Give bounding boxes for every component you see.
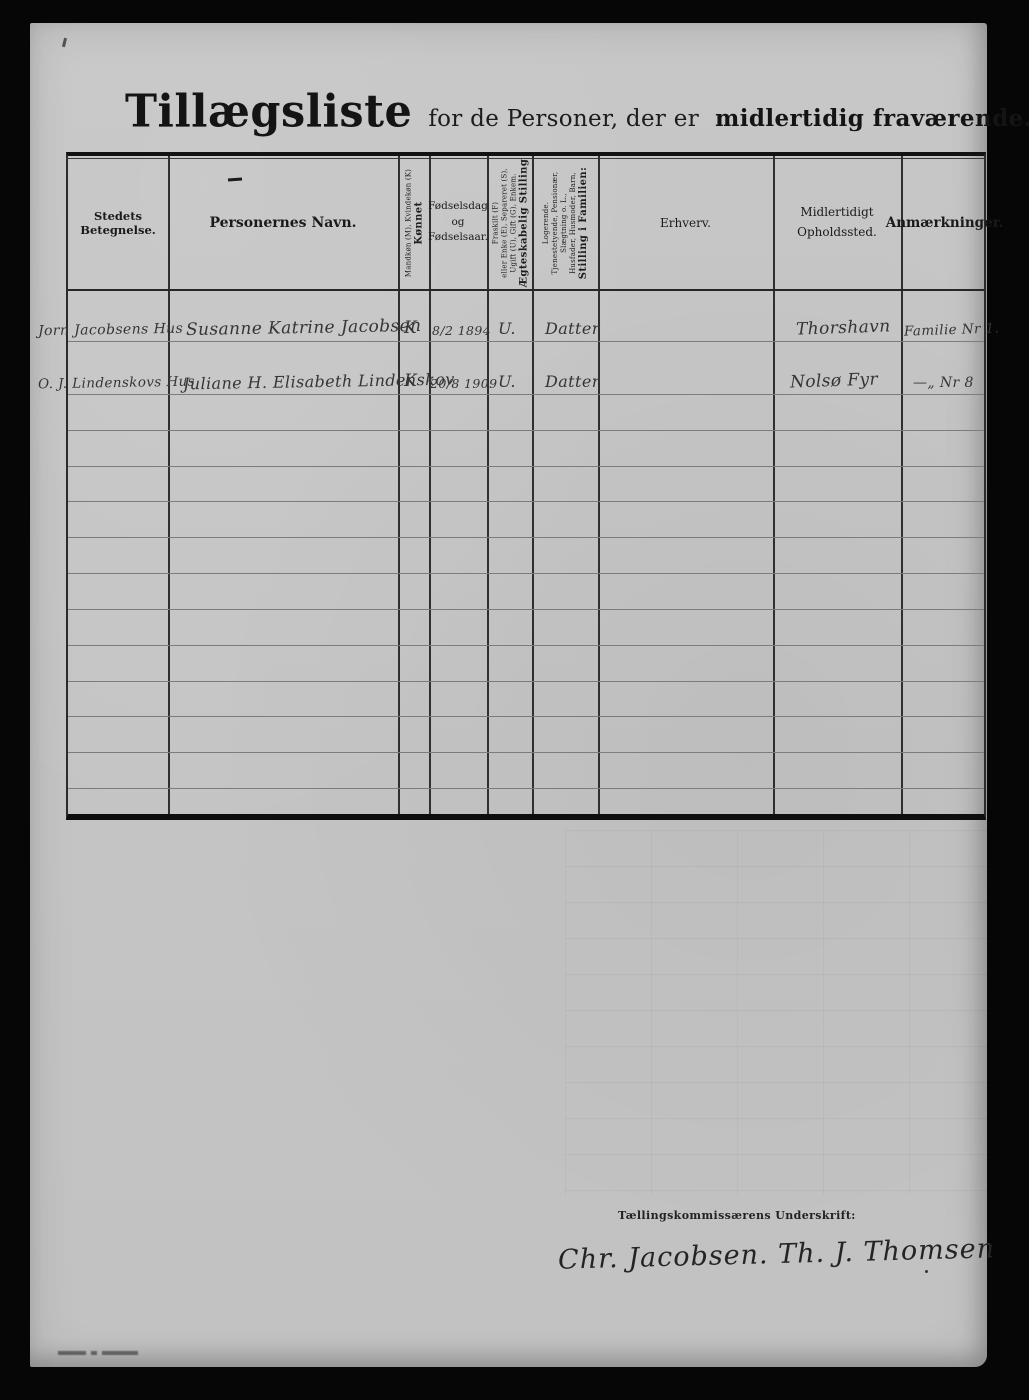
row-rule (68, 430, 984, 431)
row2-family: Datter (545, 372, 600, 391)
header-marital: Ægteskabelig Stilling Ugift (U), Gift (G… (487, 156, 532, 289)
row1-remarks: Familie Nr 1. (904, 320, 1000, 339)
ink-speck (62, 38, 67, 47)
row1-family: Datter (545, 319, 600, 338)
header-residence: Midlertidigt Opholdssted. (773, 156, 901, 289)
header-birth: Fødselsdag og Fødselsaar. (429, 156, 487, 289)
row2-residence: Nolsø Fyr (790, 369, 879, 392)
header-name: Personernes Navn. (168, 156, 398, 289)
table-row: O. J. Lindenskovs Hus Juliane H. Elisabe… (68, 341, 988, 394)
title-mid: for de Personer, der er (428, 106, 699, 132)
row1-sex: K (404, 318, 417, 338)
commissioner-signature: Chr. Jacobsen. Th. J. Thomsen (558, 1233, 996, 1275)
document-title: Tillægsliste for de Personer, der er mid… (125, 87, 955, 137)
table-row: Jorn Jacobsens Hus Susanne Katrine Jacob… (68, 289, 988, 341)
header-marital-sub3: Fraskilt (F) (491, 201, 499, 243)
row-rule (68, 752, 984, 753)
header-marital-sub2: eller Enke (E), Separeret (S), (500, 168, 508, 278)
header-family-sub2: Slægtning o. L., (560, 193, 568, 253)
scanned-page: Tillægsliste for de Personer, der er mid… (30, 23, 987, 1367)
row2-sex: K (404, 371, 417, 391)
ink-dot (925, 1270, 928, 1273)
row-rule (68, 788, 984, 789)
header-residence-line1: Midlertidigt (800, 203, 873, 222)
row-rule (68, 645, 984, 646)
signature-label: Tællingskommissærens Underskrift: (618, 1209, 856, 1222)
row2-remarks: —„ Nr 8 (913, 375, 974, 391)
scan-photo: { "title": { "main": "Tillægsliste", "mi… (0, 0, 1029, 1400)
row1-birth: 8/2 1894 (432, 323, 491, 338)
imprint-word (91, 1351, 97, 1355)
header-residence-line2: Opholdssted. (797, 223, 877, 242)
row-rule (68, 537, 984, 538)
row1-residence: Thorshavn (796, 316, 891, 339)
printer-imprint-smudge (58, 1351, 138, 1355)
imprint-word (58, 1351, 86, 1355)
header-sex-main: Kønnet (413, 201, 424, 244)
row-rule (68, 609, 984, 610)
row-rule (68, 716, 984, 717)
header-remarks-label: Anmærkninger. (886, 215, 1004, 231)
row1-place: Jorn Jacobsens Hus (38, 321, 183, 340)
title-main: Tillægsliste (125, 86, 412, 138)
header-marital-sub1: Ugift (U), Gift (G), Enkem. (509, 173, 517, 272)
row-rule (68, 573, 984, 574)
row1-name: Susanne Katrine Jacobsen (186, 316, 422, 340)
row-rule (68, 466, 984, 467)
header-name-label: Personernes Navn. (209, 215, 356, 231)
row-rule (68, 394, 984, 395)
row2-birth: 20/8 1909 (430, 376, 497, 391)
header-family: Stilling i Familien: Husfader, Husmoder,… (532, 156, 598, 289)
header-place-line2: Betegnelse. (80, 223, 156, 237)
header-family-main: Stilling i Familien: (578, 166, 589, 278)
row1-marital: U. (498, 319, 516, 338)
census-table: Stedets Betegnelse. Personernes Navn. Kø… (66, 152, 986, 820)
header-family-sub3: Tjenestetyende, Pensionær, (551, 171, 559, 274)
header-place: Stedets Betegnelse. (68, 156, 168, 289)
header-birth-line1: Fødselsdag (428, 199, 488, 215)
header-birth-line2: og (451, 215, 464, 231)
row-rule (68, 681, 984, 682)
bleed-through-grid (565, 830, 990, 1195)
header-marital-main: Ægteskabelig Stilling (518, 158, 529, 286)
imprint-word (102, 1351, 138, 1355)
row2-place: O. J. Lindenskovs Hus (38, 374, 195, 393)
header-sex-sub: Mandkøn (M), Kvindekøn (K) (404, 168, 412, 276)
header-birth-line3: Fødselsaar. (428, 230, 488, 246)
header-remarks: Anmærkninger. (901, 156, 988, 289)
header-family-sub4: Logerende. (542, 201, 550, 243)
row2-marital: U. (498, 372, 516, 391)
header-place-line1: Stedets (94, 209, 142, 223)
header-occupation-label: Erhverv. (660, 216, 711, 230)
header-occupation: Erhverv. (598, 156, 773, 289)
title-emphasis: midlertidig fraværende. (715, 105, 1029, 132)
header-family-sub1: Husfader, Husmoder, Barn, (569, 172, 577, 274)
header-sex: Kønnet Mandkøn (M), Kvindekøn (K) (398, 156, 429, 289)
row-rule (68, 501, 984, 502)
